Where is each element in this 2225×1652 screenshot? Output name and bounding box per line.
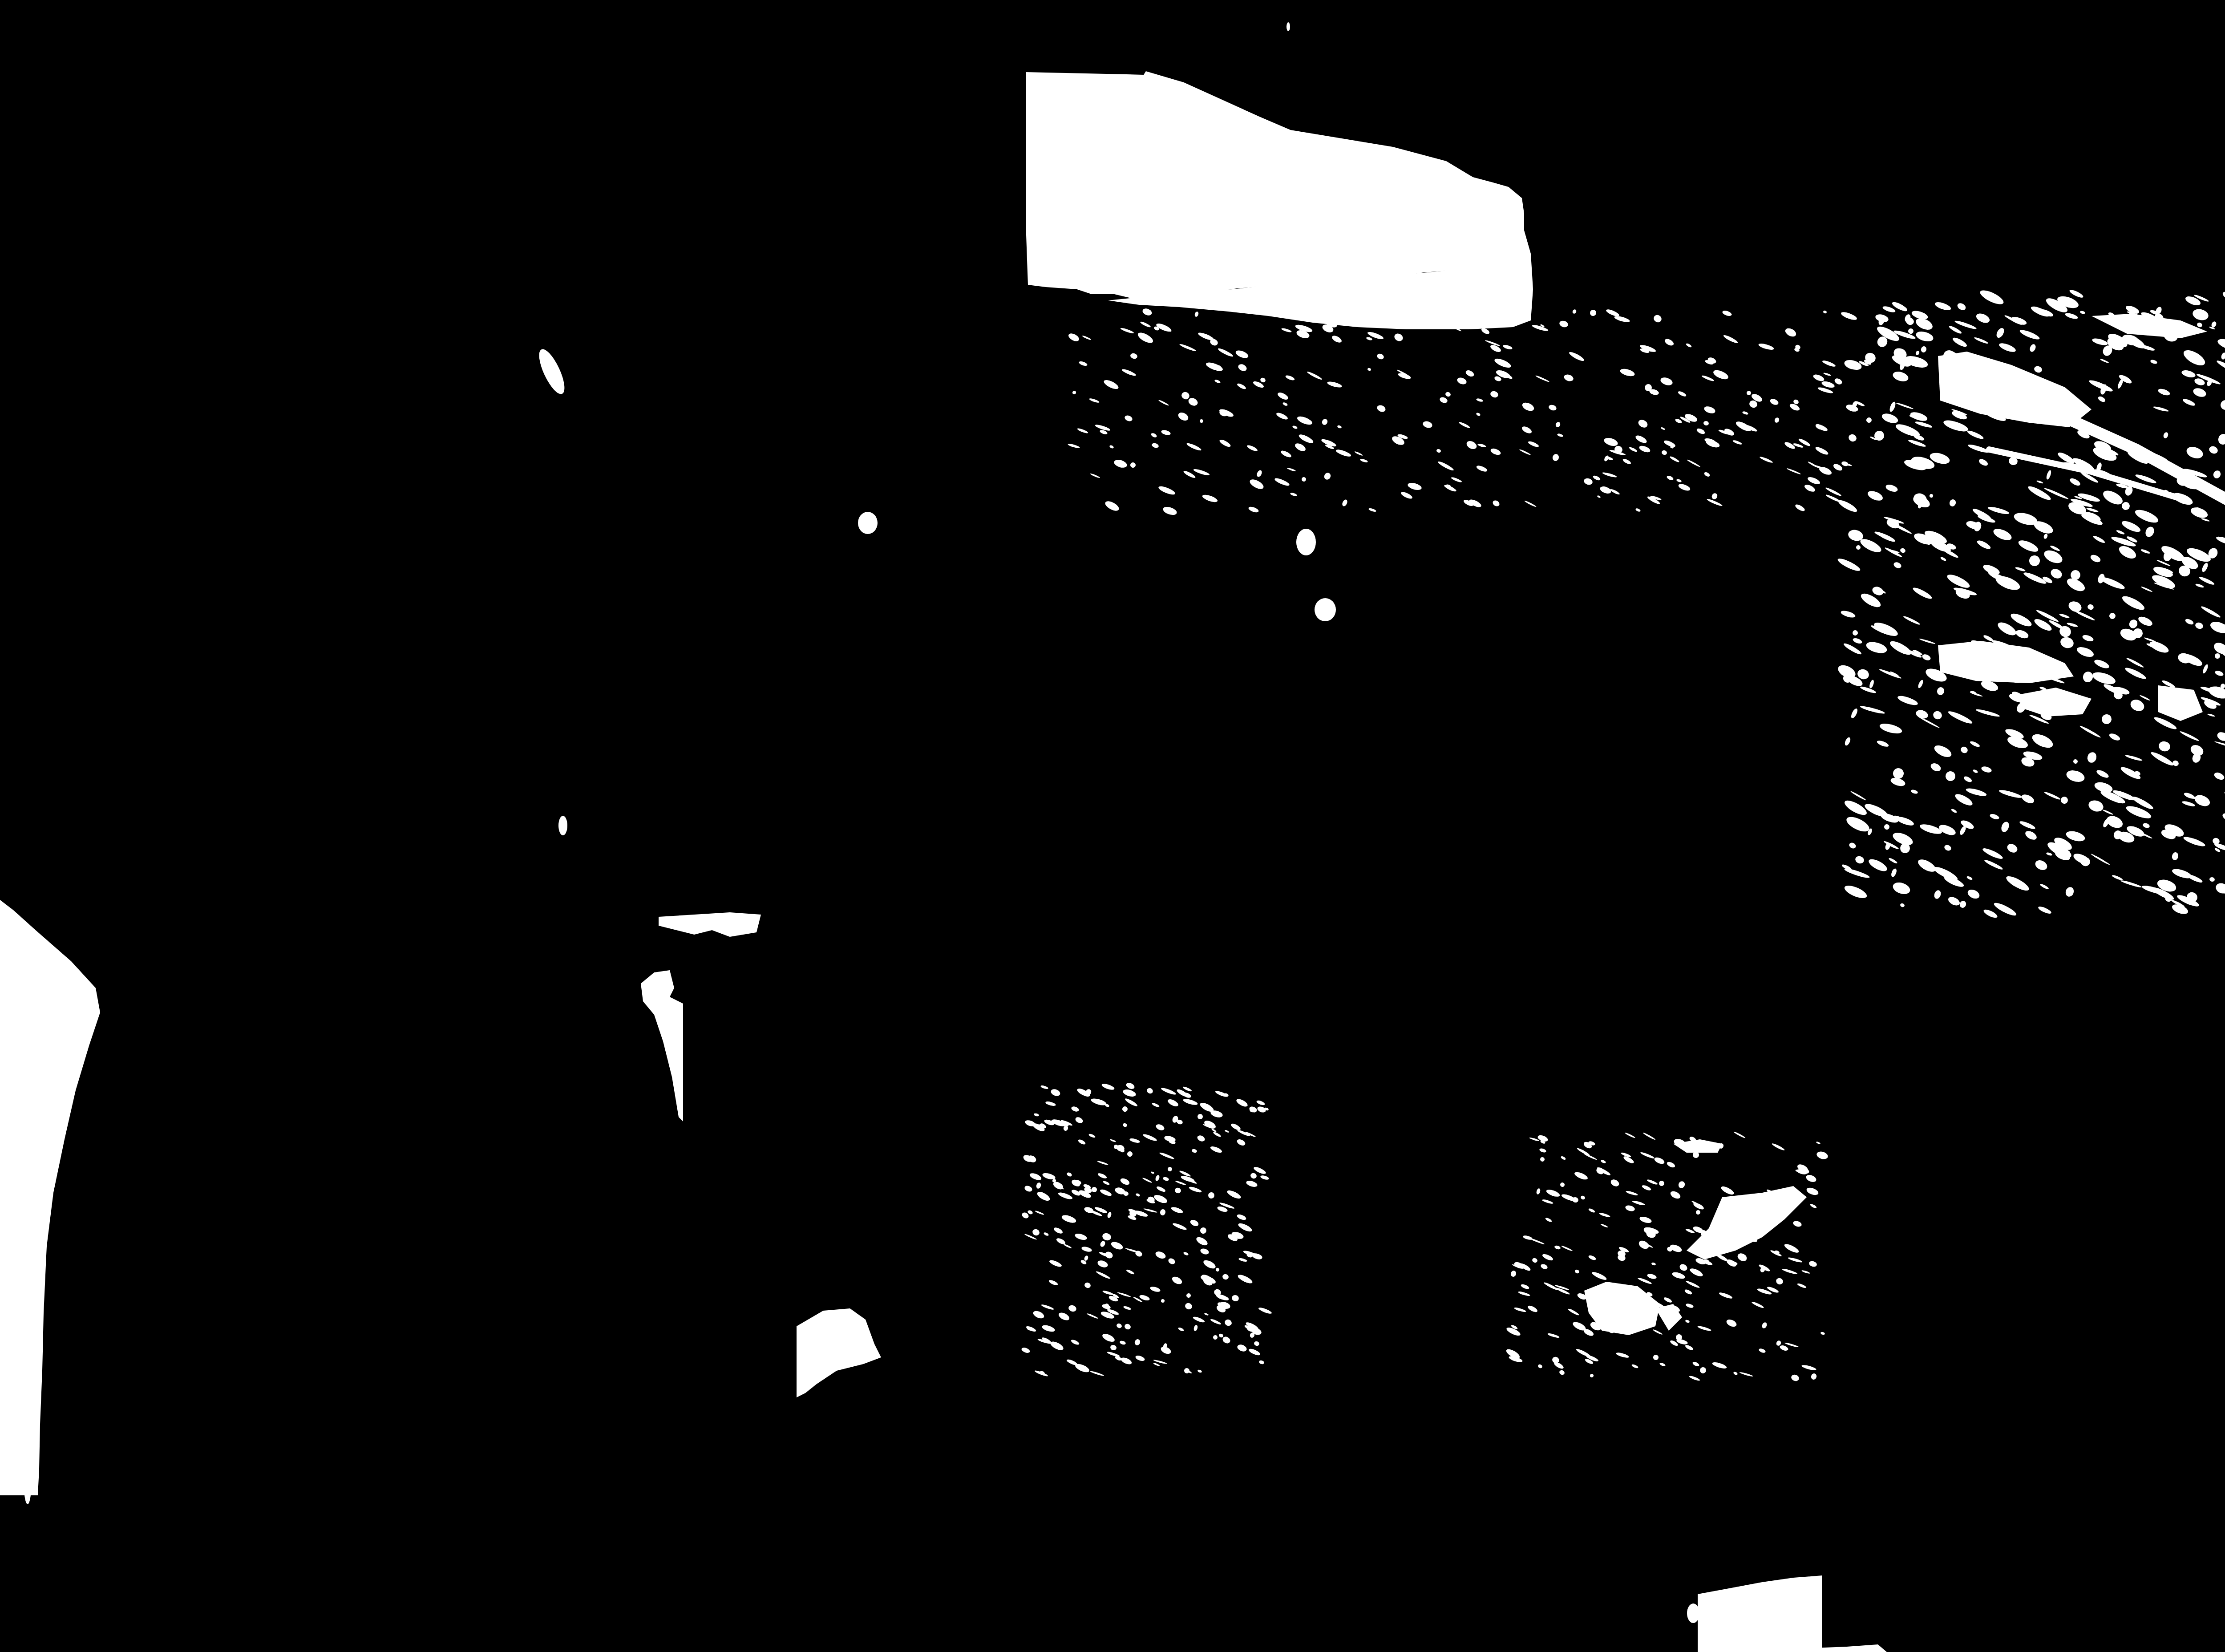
- top-window-sky: [1026, 71, 1533, 329]
- lower-center-speckle-field: [797, 1081, 1829, 1397]
- binarized-photo-scene: [0, 0, 2225, 1652]
- left-doorway-edge: [0, 900, 100, 1504]
- mid-doorway-edge: [641, 912, 761, 1122]
- bottom-right-window-edge: [1687, 1480, 2225, 1652]
